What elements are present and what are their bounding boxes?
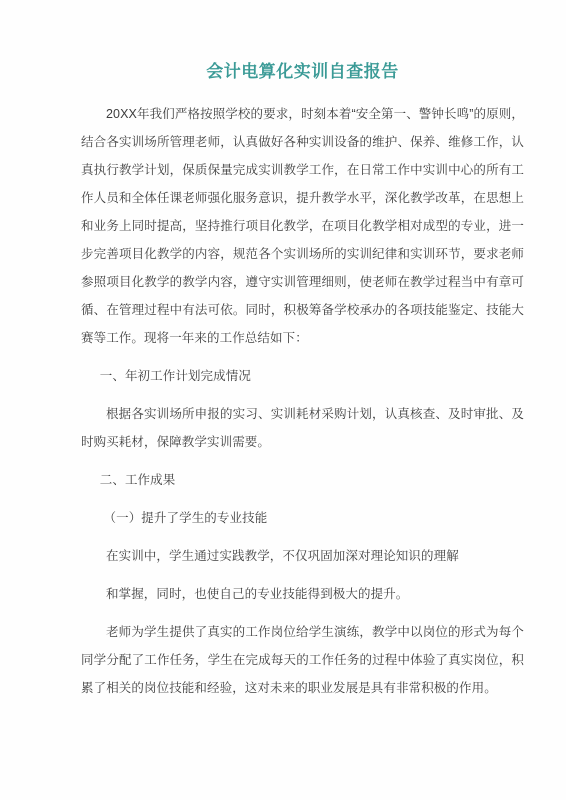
paragraph-intro: 20XX年我们严格按照学校的要求，时刻本着“安全第一、警钟长鸣”的原则，结合各实… [81, 100, 524, 352]
paragraph-job-positions: 老师为学生提供了真实的工作岗位给学生演练，教学中以岗位的形式为每个同学分配了工作… [81, 618, 524, 702]
subsection-heading-2-1: （一）提升了学生的专业技能 [81, 504, 524, 532]
document-title: 会计电算化实训自查报告 [81, 60, 524, 84]
section-heading-1: 一、年初工作计划完成情况 [81, 362, 524, 390]
document-body: 20XX年我们严格按照学校的要求，时刻本着“安全第一、警钟长鸣”的原则，结合各实… [81, 100, 524, 702]
section-heading-2: 二、工作成果 [81, 466, 524, 494]
paragraph-skill-improvement: 和掌握，同时，也使自己的专业技能得到极大的提升。 [81, 580, 524, 608]
paragraph-training-understanding: 在实训中，学生通过实践教学，不仅巩固加深对理论知识的理解 [81, 542, 524, 570]
document-page: 会计电算化实训自查报告 20XX年我们严格按照学校的要求，时刻本着“安全第一、警… [0, 0, 566, 800]
paragraph-plan-completion: 根据各实训场所申报的实习、实训耗材采购计划，认真核查、及时审批、及时购买耗材，保… [81, 400, 524, 456]
